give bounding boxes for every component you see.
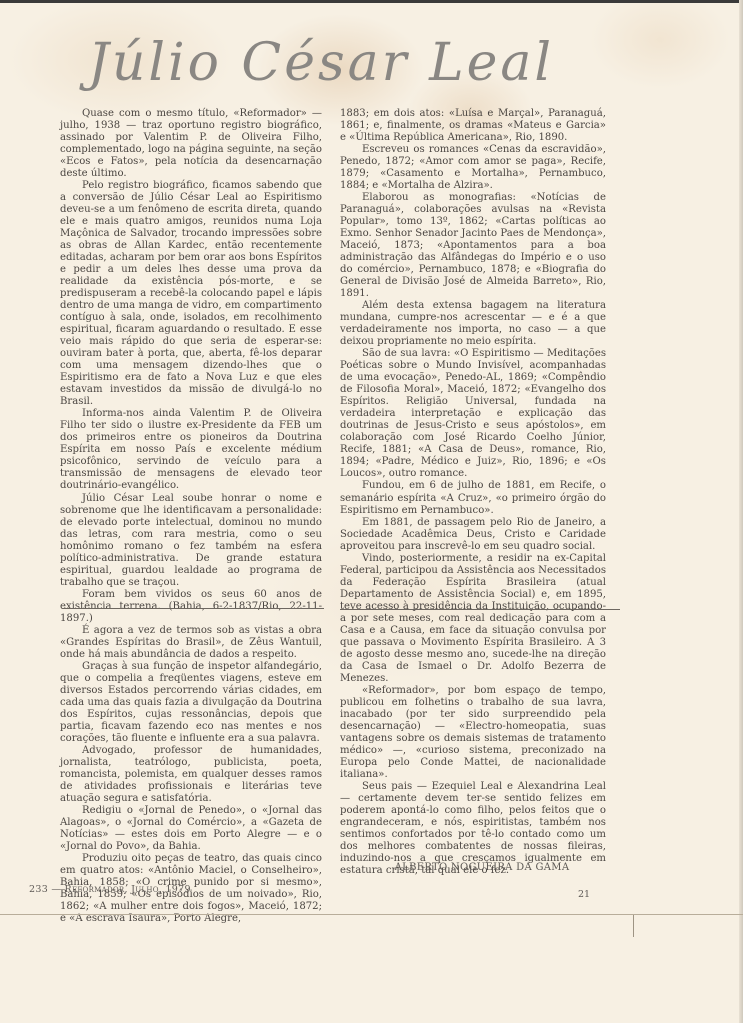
strike-through-line xyxy=(340,609,620,610)
paragraph: Informa-nos ainda Valentim P. de Oliveir… xyxy=(60,408,322,492)
paragraph: Foram bem vividos os seus 60 anos de exi… xyxy=(60,589,322,625)
footer-publication-line: 233 — Reformador, Julho, 1979 xyxy=(29,884,191,895)
paragraph: Além desta extensa bagagem na literatura… xyxy=(340,300,606,348)
footer-publication: Reformador, Julho, 1979 xyxy=(65,884,191,895)
paragraph: Redigiu o «Jornal de Penedo», o «Jornal … xyxy=(60,805,322,853)
scan-top-edge xyxy=(0,0,743,3)
paragraph: Graças à sua função de inspetor alfandeg… xyxy=(60,661,322,745)
fold-mark xyxy=(633,915,634,937)
footer-issue-number: 233 xyxy=(29,884,48,895)
article-title: Júlio César Leal xyxy=(88,28,558,98)
scan-right-edge xyxy=(739,0,743,1023)
paragraph: «Reformador», por bom espaço de tempo, p… xyxy=(340,685,606,781)
paragraph: Júlio César Leal soube honrar o nome e s… xyxy=(60,493,322,589)
footer-separator: — xyxy=(51,884,61,895)
paragraph-continued: 1883; em dois atos: «Luísa e Marçal», Pa… xyxy=(340,108,606,144)
paragraph: Escreveu os romances «Cenas da escravidã… xyxy=(340,144,606,192)
page-number: 21 xyxy=(578,889,590,900)
paragraph: É agora a vez de termos sob as vistas a … xyxy=(60,625,322,661)
page-fold-line xyxy=(0,914,743,915)
paragraph: Quase com o mesmo título, «Reformador» —… xyxy=(60,108,322,180)
left-column: Quase com o mesmo título, «Reformador» —… xyxy=(60,108,322,925)
paragraph: Vindo, posteriormente, a residir na ex-C… xyxy=(340,553,606,685)
magazine-page: Júlio César Leal Quase com o mesmo títul… xyxy=(0,0,743,1023)
paragraph: Fundou, em 6 de julho de 1881, em Recife… xyxy=(340,480,606,516)
strike-through-line xyxy=(62,608,324,609)
paragraph: Em 1881, de passagem pelo Rio de Janeiro… xyxy=(340,517,606,553)
paragraph: Elaborou as monografias: «Notícias de Pa… xyxy=(340,192,606,300)
right-column: 1883; em dois atos: «Luísa e Marçal», Pa… xyxy=(340,108,606,877)
paragraph: São de sua lavra: «O Espiritismo — Medit… xyxy=(340,348,606,480)
paragraph: Pelo registro biográfico, ficamos sabend… xyxy=(60,180,322,408)
paragraph: Advogado, professor de humanidades, jorn… xyxy=(60,745,322,805)
author-signature: ALBERTO NOGUEIRA DA GAMA xyxy=(372,862,592,873)
